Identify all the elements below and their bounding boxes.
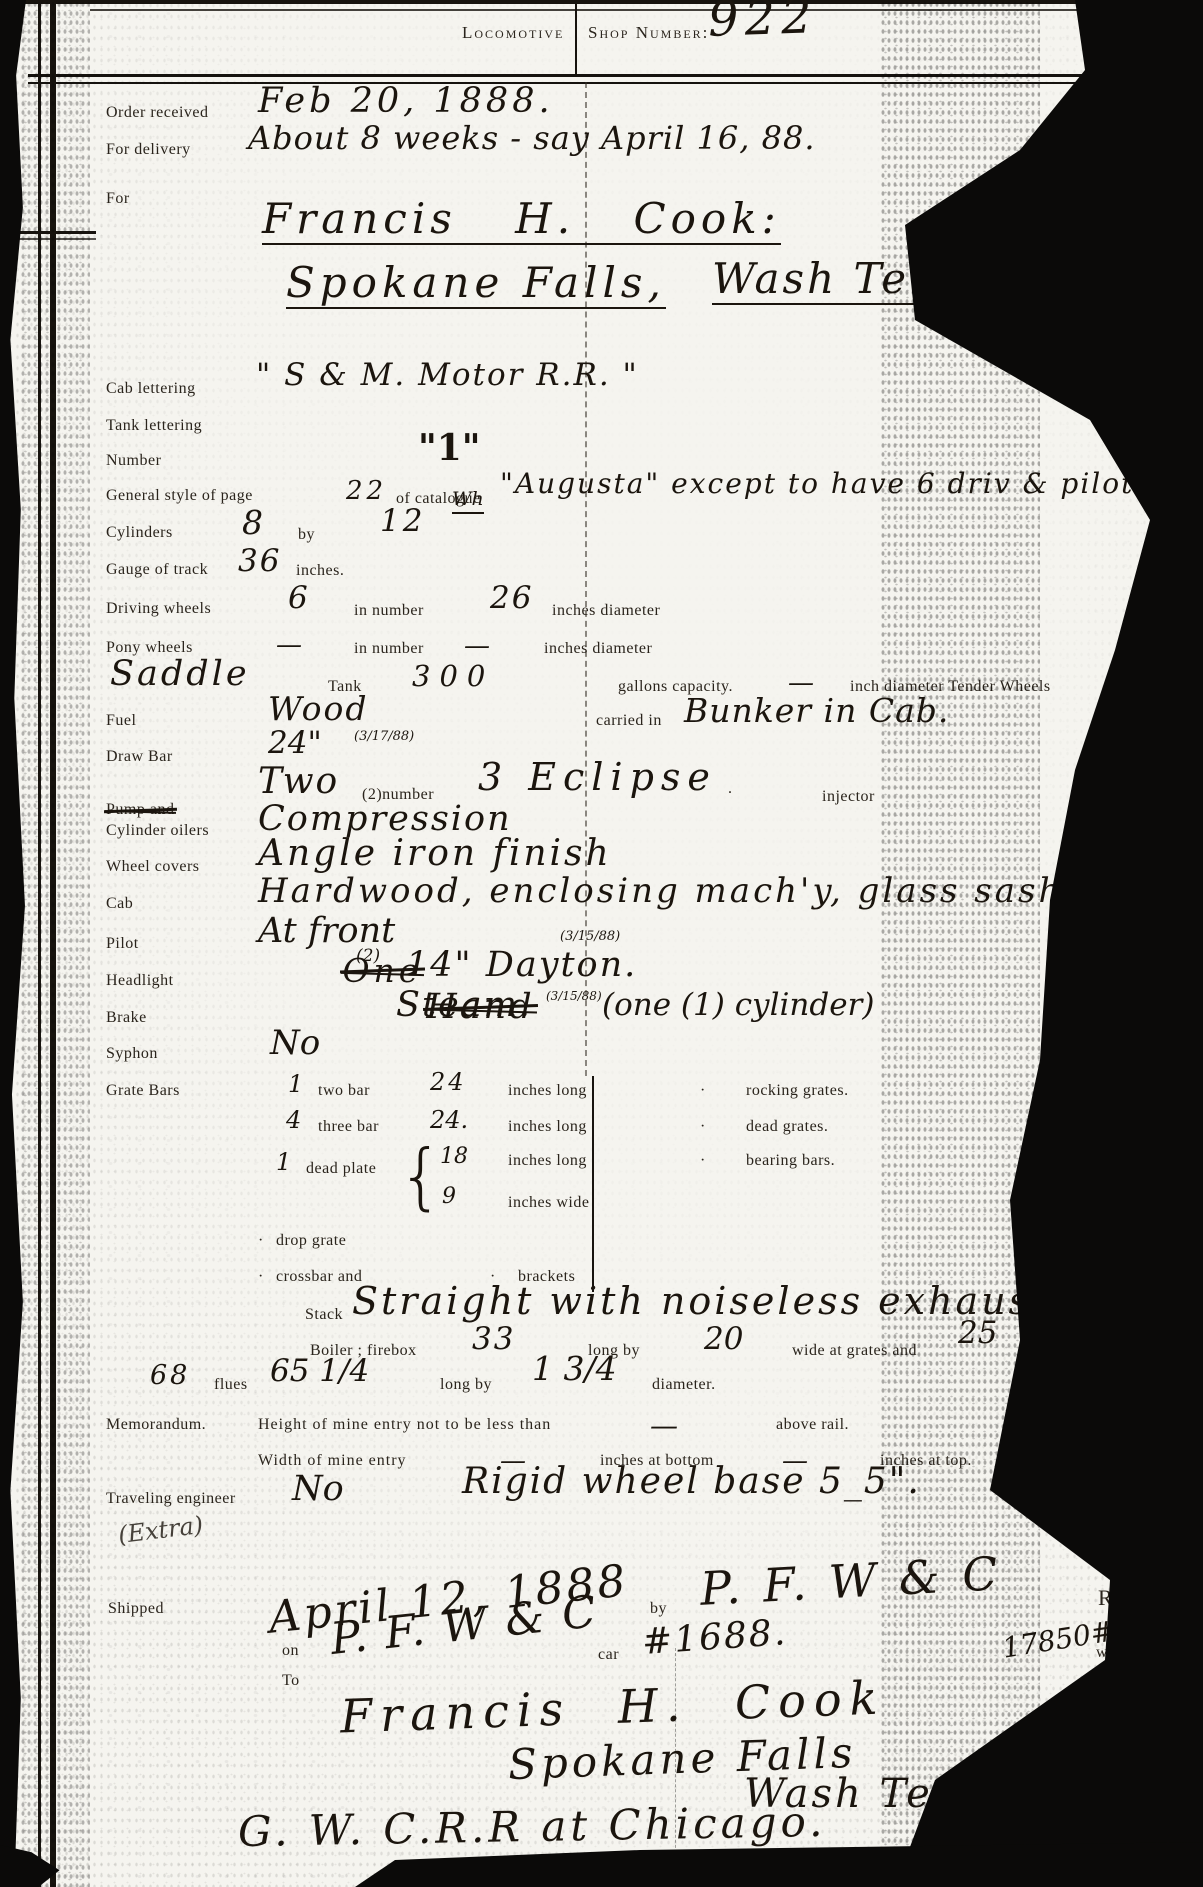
- field-cylinder-oilers-value: Compression: [258, 802, 512, 837]
- grate-row-2-unit: inches long: [508, 1118, 587, 1136]
- grate-row-3-name: dead plate: [306, 1160, 376, 1178]
- grate-row-2-name: three bar: [318, 1118, 379, 1136]
- traveling-engineer-label: Traveling engineer: [106, 1490, 236, 1508]
- extra-note: (Extra): [117, 1513, 205, 1547]
- wheel-base-value: Rigid wheel base 5_5".: [462, 1464, 921, 1500]
- field-brake-value: Steam.: [396, 988, 532, 1023]
- field-general-style-label: General style of page: [106, 487, 253, 505]
- grate-row-5-name: drop grate: [276, 1232, 346, 1250]
- grate-row-4-unit: inches wide: [508, 1194, 589, 1212]
- field-cab-label: Cab: [106, 895, 133, 913]
- flues-diameter: 1 3/4: [532, 1352, 617, 1385]
- field-injector-unit: injector: [822, 788, 875, 806]
- field-wheel-covers-value: Angle iron finish: [258, 836, 612, 872]
- shipped-label: Shipped: [108, 1600, 164, 1618]
- field-headlight-note: (3/15/88): [560, 930, 620, 943]
- field-fuel-value: Wood: [268, 692, 369, 725]
- field-driving-wheels-label: Driving wheels: [106, 600, 211, 618]
- grate-row-3-count: 1: [276, 1150, 291, 1174]
- flues-label: flues: [214, 1376, 248, 1394]
- field-driving-wheels-unit: inches diameter: [552, 602, 660, 620]
- field-cylinder-oilers-label: Cylinder oilers: [106, 822, 209, 840]
- field-tank-type: Saddle: [110, 657, 250, 692]
- grate-row-2-right: dead grates.: [746, 1118, 828, 1136]
- field-fuel-label: Fuel: [106, 712, 136, 730]
- grate-row-1-unit: inches long: [508, 1082, 587, 1100]
- memorandum-height-text: Height of mine entry not to be less than: [258, 1416, 551, 1434]
- field-gauge-value: 36: [238, 546, 281, 577]
- field-cab-lettering-value: " S & M. Motor R.R. ": [256, 360, 639, 391]
- field-pony-wheels-unit: inches diameter: [544, 640, 652, 658]
- grate-row-2-count: 4: [286, 1108, 301, 1132]
- grate-row-2-size: 24.: [430, 1108, 468, 1132]
- field-fuel-note: (3/17/88): [354, 730, 414, 743]
- grate-row-3-size: 18: [440, 1146, 468, 1168]
- field-driving-wheels-diameter: 26: [490, 583, 533, 614]
- grate-row-1-right: rocking grates.: [746, 1082, 849, 1100]
- field-cylinders-note: Wh: [452, 490, 484, 514]
- grate-row-3-right: bearing bars.: [746, 1152, 835, 1170]
- field-syphon-value: No: [270, 1026, 320, 1060]
- grate-row-1-dot: ·: [700, 1082, 706, 1100]
- field-syphon-label: Syphon: [106, 1045, 158, 1063]
- field-wheel-covers-label: Wheel covers: [106, 858, 200, 876]
- field-cylinders-bore: 8: [242, 506, 263, 539]
- field-draw-bar-label: Draw Bar: [106, 748, 173, 766]
- field-injector-value: 3 Eclipse: [478, 758, 717, 796]
- grate-row-3-unit: inches long: [508, 1152, 587, 1170]
- flues-count: 68: [150, 1362, 190, 1389]
- field-fuel-mid: carried in: [596, 712, 662, 730]
- grate-row-5-dot: ·: [258, 1232, 264, 1250]
- field-gauge-label: Gauge of track: [106, 561, 208, 579]
- grate-row-1-name: two bar: [318, 1082, 370, 1100]
- field-headlight-label: Headlight: [106, 972, 174, 990]
- field-pony-wheels-count: —: [276, 632, 302, 658]
- field-injector-dot: .: [728, 780, 733, 798]
- customer-name: Francis H. Cook:: [262, 198, 781, 245]
- field-general-style-page: 22: [346, 478, 387, 504]
- header-divider-line: [575, 4, 577, 76]
- memorandum-height-unit: above rail.: [776, 1416, 849, 1434]
- field-headlight-value: 14" Dayton.: [406, 948, 637, 983]
- field-tank-lettering-label: Tank lettering: [106, 417, 202, 435]
- header-title-right: Shop Number:: [588, 24, 709, 43]
- field-tank-capacity: 300: [412, 662, 494, 691]
- traveling-engineer-value: No: [292, 1472, 344, 1507]
- field-injector-count: Two: [258, 764, 339, 800]
- field-pony-wheels-diameter: —: [464, 633, 490, 659]
- field-pony-wheels-mid: in number: [354, 640, 424, 658]
- flues-mid: long by: [440, 1376, 492, 1394]
- field-brake-note: (3/15/88): [546, 990, 602, 1002]
- grate-row-6-name: crossbar and: [276, 1268, 362, 1286]
- customer-city: Spokane Falls,: [286, 262, 666, 309]
- field-number-value: "1": [418, 430, 481, 466]
- flues-unit: diameter.: [652, 1376, 716, 1394]
- consignee-routing: G. W. C.R.R at Chicago.: [238, 1801, 827, 1853]
- field-for-delivery-label: For delivery: [106, 141, 191, 159]
- shipped-car-label: car: [598, 1646, 619, 1664]
- grate-row-1-size: 24: [430, 1070, 467, 1094]
- grate-column-rule: [592, 1076, 594, 1292]
- shop-number-handwritten: 922: [707, 0, 818, 44]
- field-headlight-sup: (2): [356, 948, 380, 965]
- shipped-car-number: #1688.: [641, 1615, 788, 1661]
- field-cylinders-stroke: 12: [380, 506, 425, 537]
- field-order-received-label: Order received: [106, 104, 209, 122]
- shipped-on-label: on: [282, 1642, 299, 1660]
- field-cab-lettering-label: Cab lettering: [106, 380, 196, 398]
- grate-row-3-dot: ·: [700, 1152, 706, 1170]
- field-draw-bar-value: 24": [268, 728, 322, 759]
- field-for-label: For: [106, 190, 130, 208]
- field-for-delivery-value: About 8 weeks - say April 16, 88.: [248, 122, 816, 154]
- field-injector-struck-label: Pump and: [106, 801, 174, 819]
- field-order-received-value: Feb 20, 1888.: [258, 84, 554, 119]
- header-title-left: Locomotive: [462, 24, 564, 43]
- field-brake-label: Brake: [106, 1009, 147, 1027]
- boiler-width: 20: [704, 1324, 743, 1355]
- field-cylinders-by: by: [298, 526, 315, 544]
- boiler-length: 33: [472, 1324, 515, 1355]
- field-brake-detail: (one (1) cylinder): [602, 990, 874, 1021]
- memorandum-label: Memorandum.: [106, 1416, 206, 1434]
- consignee-to-label: To: [282, 1672, 300, 1690]
- left-edge-speckle: [20, 0, 90, 1887]
- field-pilot-value: At front: [258, 914, 395, 949]
- memorandum-height-dash: —: [650, 1412, 678, 1440]
- field-cylinders-label: Cylinders: [106, 524, 173, 542]
- field-pilot-label: Pilot: [106, 935, 139, 953]
- grate-row-6-dot: ·: [258, 1268, 264, 1286]
- grate-row-2-dot: ·: [700, 1118, 706, 1136]
- field-general-style-value: "Augusta" except to have 6 driv & pilot …: [500, 470, 1177, 498]
- field-gauge-unit: inches.: [296, 562, 344, 580]
- grate-row-1-count: 1: [288, 1072, 303, 1096]
- grate-row-4-size: 9: [442, 1186, 456, 1208]
- grate-dead-plate-brace: {: [398, 1140, 444, 1212]
- flues-length: 65 1/4: [270, 1356, 369, 1387]
- field-driving-wheels-mid: in number: [354, 602, 424, 620]
- field-number-label: Number: [106, 452, 161, 470]
- stack-label: Stack: [305, 1306, 343, 1324]
- field-driving-wheels-count: 6: [288, 583, 308, 614]
- grate-bars-label: Grate Bars: [106, 1082, 180, 1100]
- memorandum-width-text: Width of mine entry: [258, 1452, 407, 1470]
- document-page: Locomotive Shop Number: 922 Order receiv…: [0, 0, 1203, 1887]
- shipped-by-label: by: [650, 1600, 667, 1618]
